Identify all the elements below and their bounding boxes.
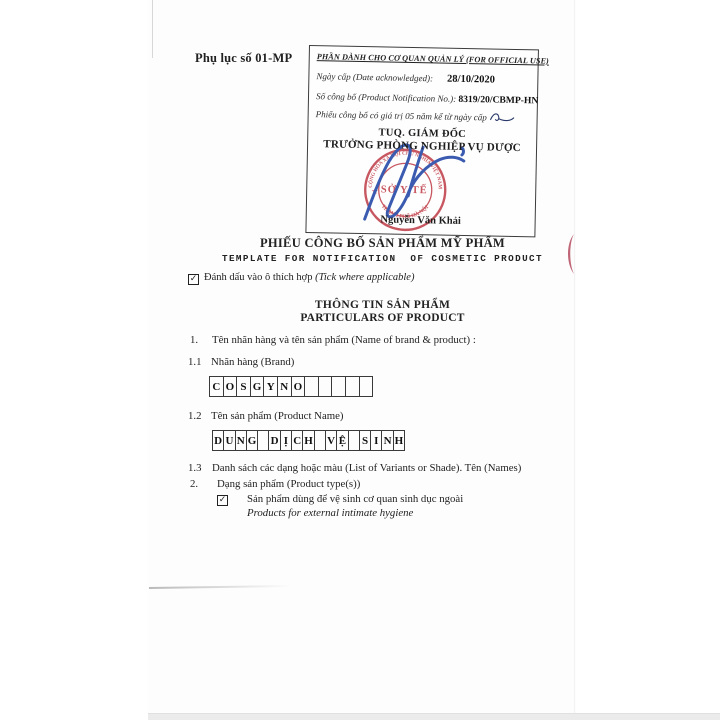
notification-value: 8319/20/CBMP-HN xyxy=(458,94,538,107)
document-title-block: PHIẾU CÔNG BỐ SẢN PHẨM MỸ PHẨM TEMPLATE … xyxy=(165,236,600,264)
letter-cell xyxy=(304,376,319,397)
letter-cell: H xyxy=(393,430,405,451)
letter-cell xyxy=(359,376,374,397)
letter-cell: S xyxy=(236,376,251,397)
letter-cell: Y xyxy=(263,376,278,397)
notification-label: Số công bố (Product Notification No.): xyxy=(316,91,456,104)
letter-cell: G xyxy=(250,376,265,397)
appendix-label: Phụ lục số 01-MP xyxy=(195,51,292,66)
official-box-header: PHẦN DÀNH CHO CƠ QUAN QUẢN LÝ (FOR OFFIC… xyxy=(317,52,549,65)
item-1-number: 1. xyxy=(190,334,198,346)
notification-number-row: Số công bố (Product Notification No.): 8… xyxy=(316,91,539,106)
official-use-box: PHẦN DÀNH CHO CƠ QUAN QUẢN LÝ (FOR OFFIC… xyxy=(305,45,539,237)
letter-cell xyxy=(331,376,346,397)
item-1-text: Tên nhãn hàng và tên sản phẩm (Name of b… xyxy=(212,334,476,346)
date-value: 28/10/2020 xyxy=(447,74,495,86)
tick-instruction: ✓Đánh dấu vào ô thích hợp (Tick where ap… xyxy=(188,272,414,285)
item-1-1-number: 1.1 xyxy=(188,356,202,368)
section-heading-vi: THÔNG TIN SẢN PHẨM xyxy=(165,299,600,311)
checked-checkbox-icon: ✓ xyxy=(217,495,228,506)
product-type-row: ✓ xyxy=(217,493,228,506)
section-heading-block: THÔNG TIN SẢN PHẨM PARTICULARS OF PRODUC… xyxy=(165,299,600,324)
item-1-3-number: 1.3 xyxy=(188,462,202,474)
item-1-2-text: Tên sản phẩm (Product Name) xyxy=(211,410,344,422)
product-type-vi: Sản phẩm dùng để vệ sinh cơ quan sinh dụ… xyxy=(247,493,463,505)
section-heading-en: PARTICULARS OF PRODUCT xyxy=(165,312,600,324)
tick-instruction-vi: Đánh dấu vào ô thích hợp xyxy=(204,272,315,283)
document-title-en: TEMPLATE FOR NOTIFICATION OF COSMETIC PR… xyxy=(165,253,600,264)
validity-note: Phiếu công bố có giá trị 05 năm kể từ ng… xyxy=(316,109,487,122)
letter-cell: C xyxy=(209,376,224,397)
letter-cell: O xyxy=(223,376,238,397)
date-label: Ngày cấp (Date acknowledged): xyxy=(316,71,433,83)
date-acknowledged-row: Ngày cấp (Date acknowledged):28/10/2020 xyxy=(316,71,495,85)
item-2-text: Dạng sản phẩm (Product type(s)) xyxy=(217,478,360,490)
brand-letter-boxes: COSGYNO xyxy=(209,376,372,397)
item-1-1-text: Nhãn hàng (Brand) xyxy=(211,356,294,368)
item-1-2-number: 1.2 xyxy=(188,410,202,422)
scanned-document: Phụ lục số 01-MP PHẦN DÀNH CHO CƠ QUAN Q… xyxy=(0,0,720,720)
product-name-letter-boxes: DUNGDỊCHVỆSINH xyxy=(212,430,404,451)
checked-checkbox-icon: ✓ xyxy=(188,274,199,285)
handwritten-mark xyxy=(489,110,515,122)
product-type-en: Products for external intimate hygiene xyxy=(247,507,413,519)
page-right-edge xyxy=(574,0,575,714)
letter-cell: O xyxy=(291,376,306,397)
tick-instruction-en: (Tick where applicable) xyxy=(315,272,414,283)
scan-crease-vertical xyxy=(152,0,153,58)
document-title-vi: PHIẾU CÔNG BỐ SẢN PHẨM MỸ PHẨM xyxy=(165,236,600,251)
letter-cell xyxy=(345,376,360,397)
letter-cell: N xyxy=(277,376,292,397)
validity-note-row: Phiếu công bố có giá trị 05 năm kể từ ng… xyxy=(316,107,515,123)
scan-bottom-edge xyxy=(148,713,720,720)
signer-titles: TUQ. GIÁM ĐỐC TRƯỞNG PHÒNG NGHIỆP VỤ DƯỢ… xyxy=(322,126,522,154)
item-1-3-text: Danh sách các dạng hoặc màu (List of Var… xyxy=(212,462,521,474)
letter-cell xyxy=(318,376,333,397)
item-2-number: 2. xyxy=(190,478,198,490)
